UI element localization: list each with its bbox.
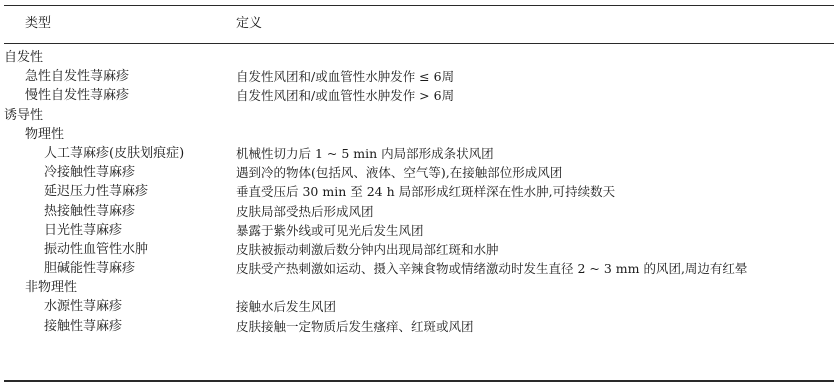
table-header-rule — [4, 43, 834, 44]
table-row: 慢性自发性荨麻疹 自发性风团和/或血管性水肿发作 > 6周 — [4, 86, 834, 105]
row-type: 振动性血管性水肿 — [44, 240, 148, 259]
row-definition: 自发性风团和/或血管性水肿发作 ≤ 6周 — [236, 67, 454, 86]
row-definition: 垂直受压后 30 min 至 24 h 局部形成红斑样深在性水肿,可持续数天 — [236, 182, 615, 201]
row-type: 慢性自发性荨麻疹 — [25, 86, 129, 105]
table-row: 冷接触性荨麻疹 遇到冷的物体(包括风、液体、空气等),在接触部位形成风团 — [4, 163, 834, 182]
row-type: 延迟压力性荨麻疹 — [44, 182, 148, 201]
row-type: 非物理性 — [25, 278, 77, 297]
table-row-subcategory: 物理性 — [4, 125, 834, 144]
row-type: 急性自发性荨麻疹 — [25, 67, 129, 86]
row-type: 水源性荨麻疹 — [44, 297, 122, 316]
table-row: 延迟压力性荨麻疹 垂直受压后 30 min 至 24 h 局部形成红斑样深在性水… — [4, 182, 834, 201]
row-type: 热接触性荨麻疹 — [44, 202, 135, 221]
row-definition: 接触水后发生风团 — [236, 297, 336, 316]
row-definition: 皮肤被振动刺激后数分钟内出现局部红斑和水肿 — [236, 240, 499, 259]
row-type: 物理性 — [25, 125, 64, 144]
header-type: 类型 — [25, 13, 51, 35]
table-row: 振动性血管性水肿 皮肤被振动刺激后数分钟内出现局部红斑和水肿 — [4, 240, 834, 259]
table-row-category: 自发性 — [4, 48, 834, 67]
row-type: 诱导性 — [4, 106, 43, 125]
table-row: 急性自发性荨麻疹 自发性风团和/或血管性水肿发作 ≤ 6周 — [4, 67, 834, 86]
row-type: 自发性 — [4, 48, 43, 67]
row-definition: 遇到冷的物体(包括风、液体、空气等),在接触部位形成风团 — [236, 163, 562, 182]
row-definition: 暴露于紫外线或可见光后发生风团 — [236, 221, 424, 240]
row-type: 胆碱能性荨麻疹 — [44, 259, 135, 278]
row-definition: 自发性风团和/或血管性水肿发作 > 6周 — [236, 86, 454, 105]
row-definition: 皮肤受产热刺激如运动、摄入辛辣食物或情绪激动时发生直径 2 ~ 3 mm 的风团… — [236, 259, 747, 278]
header-definition: 定义 — [236, 13, 262, 35]
table-row-subcategory: 非物理性 — [4, 278, 834, 297]
table-body: 自发性 急性自发性荨麻疹 自发性风团和/或血管性水肿发作 ≤ 6周 慢性自发性荨… — [4, 48, 834, 336]
row-type: 接触性荨麻疹 — [44, 317, 122, 336]
table-row-category: 诱导性 — [4, 106, 834, 125]
row-definition: 皮肤接触一定物质后发生瘙痒、红斑或风团 — [236, 317, 474, 336]
table-bottom-rule — [4, 380, 834, 382]
table-row: 接触性荨麻疹 皮肤接触一定物质后发生瘙痒、红斑或风团 — [4, 317, 834, 336]
table-row: 水源性荨麻疹 接触水后发生风团 — [4, 297, 834, 316]
table-row: 日光性荨麻疹 暴露于紫外线或可见光后发生风团 — [4, 221, 834, 240]
table-header-row: 类型 定义 — [4, 13, 834, 35]
row-type: 日光性荨麻疹 — [44, 221, 122, 240]
row-type: 冷接触性荨麻疹 — [44, 163, 135, 182]
table-row: 胆碱能性荨麻疹 皮肤受产热刺激如运动、摄入辛辣食物或情绪激动时发生直径 2 ~ … — [4, 259, 834, 278]
table-top-rule — [4, 5, 834, 6]
row-definition: 皮肤局部受热后形成风团 — [236, 202, 374, 221]
table-row: 人工荨麻疹(皮肤划痕症) 机械性切力后 1 ~ 5 min 内局部形成条状风团 — [4, 144, 834, 163]
table-row: 热接触性荨麻疹 皮肤局部受热后形成风团 — [4, 202, 834, 221]
row-type: 人工荨麻疹(皮肤划痕症) — [44, 144, 184, 163]
row-definition: 机械性切力后 1 ~ 5 min 内局部形成条状风团 — [236, 144, 494, 163]
